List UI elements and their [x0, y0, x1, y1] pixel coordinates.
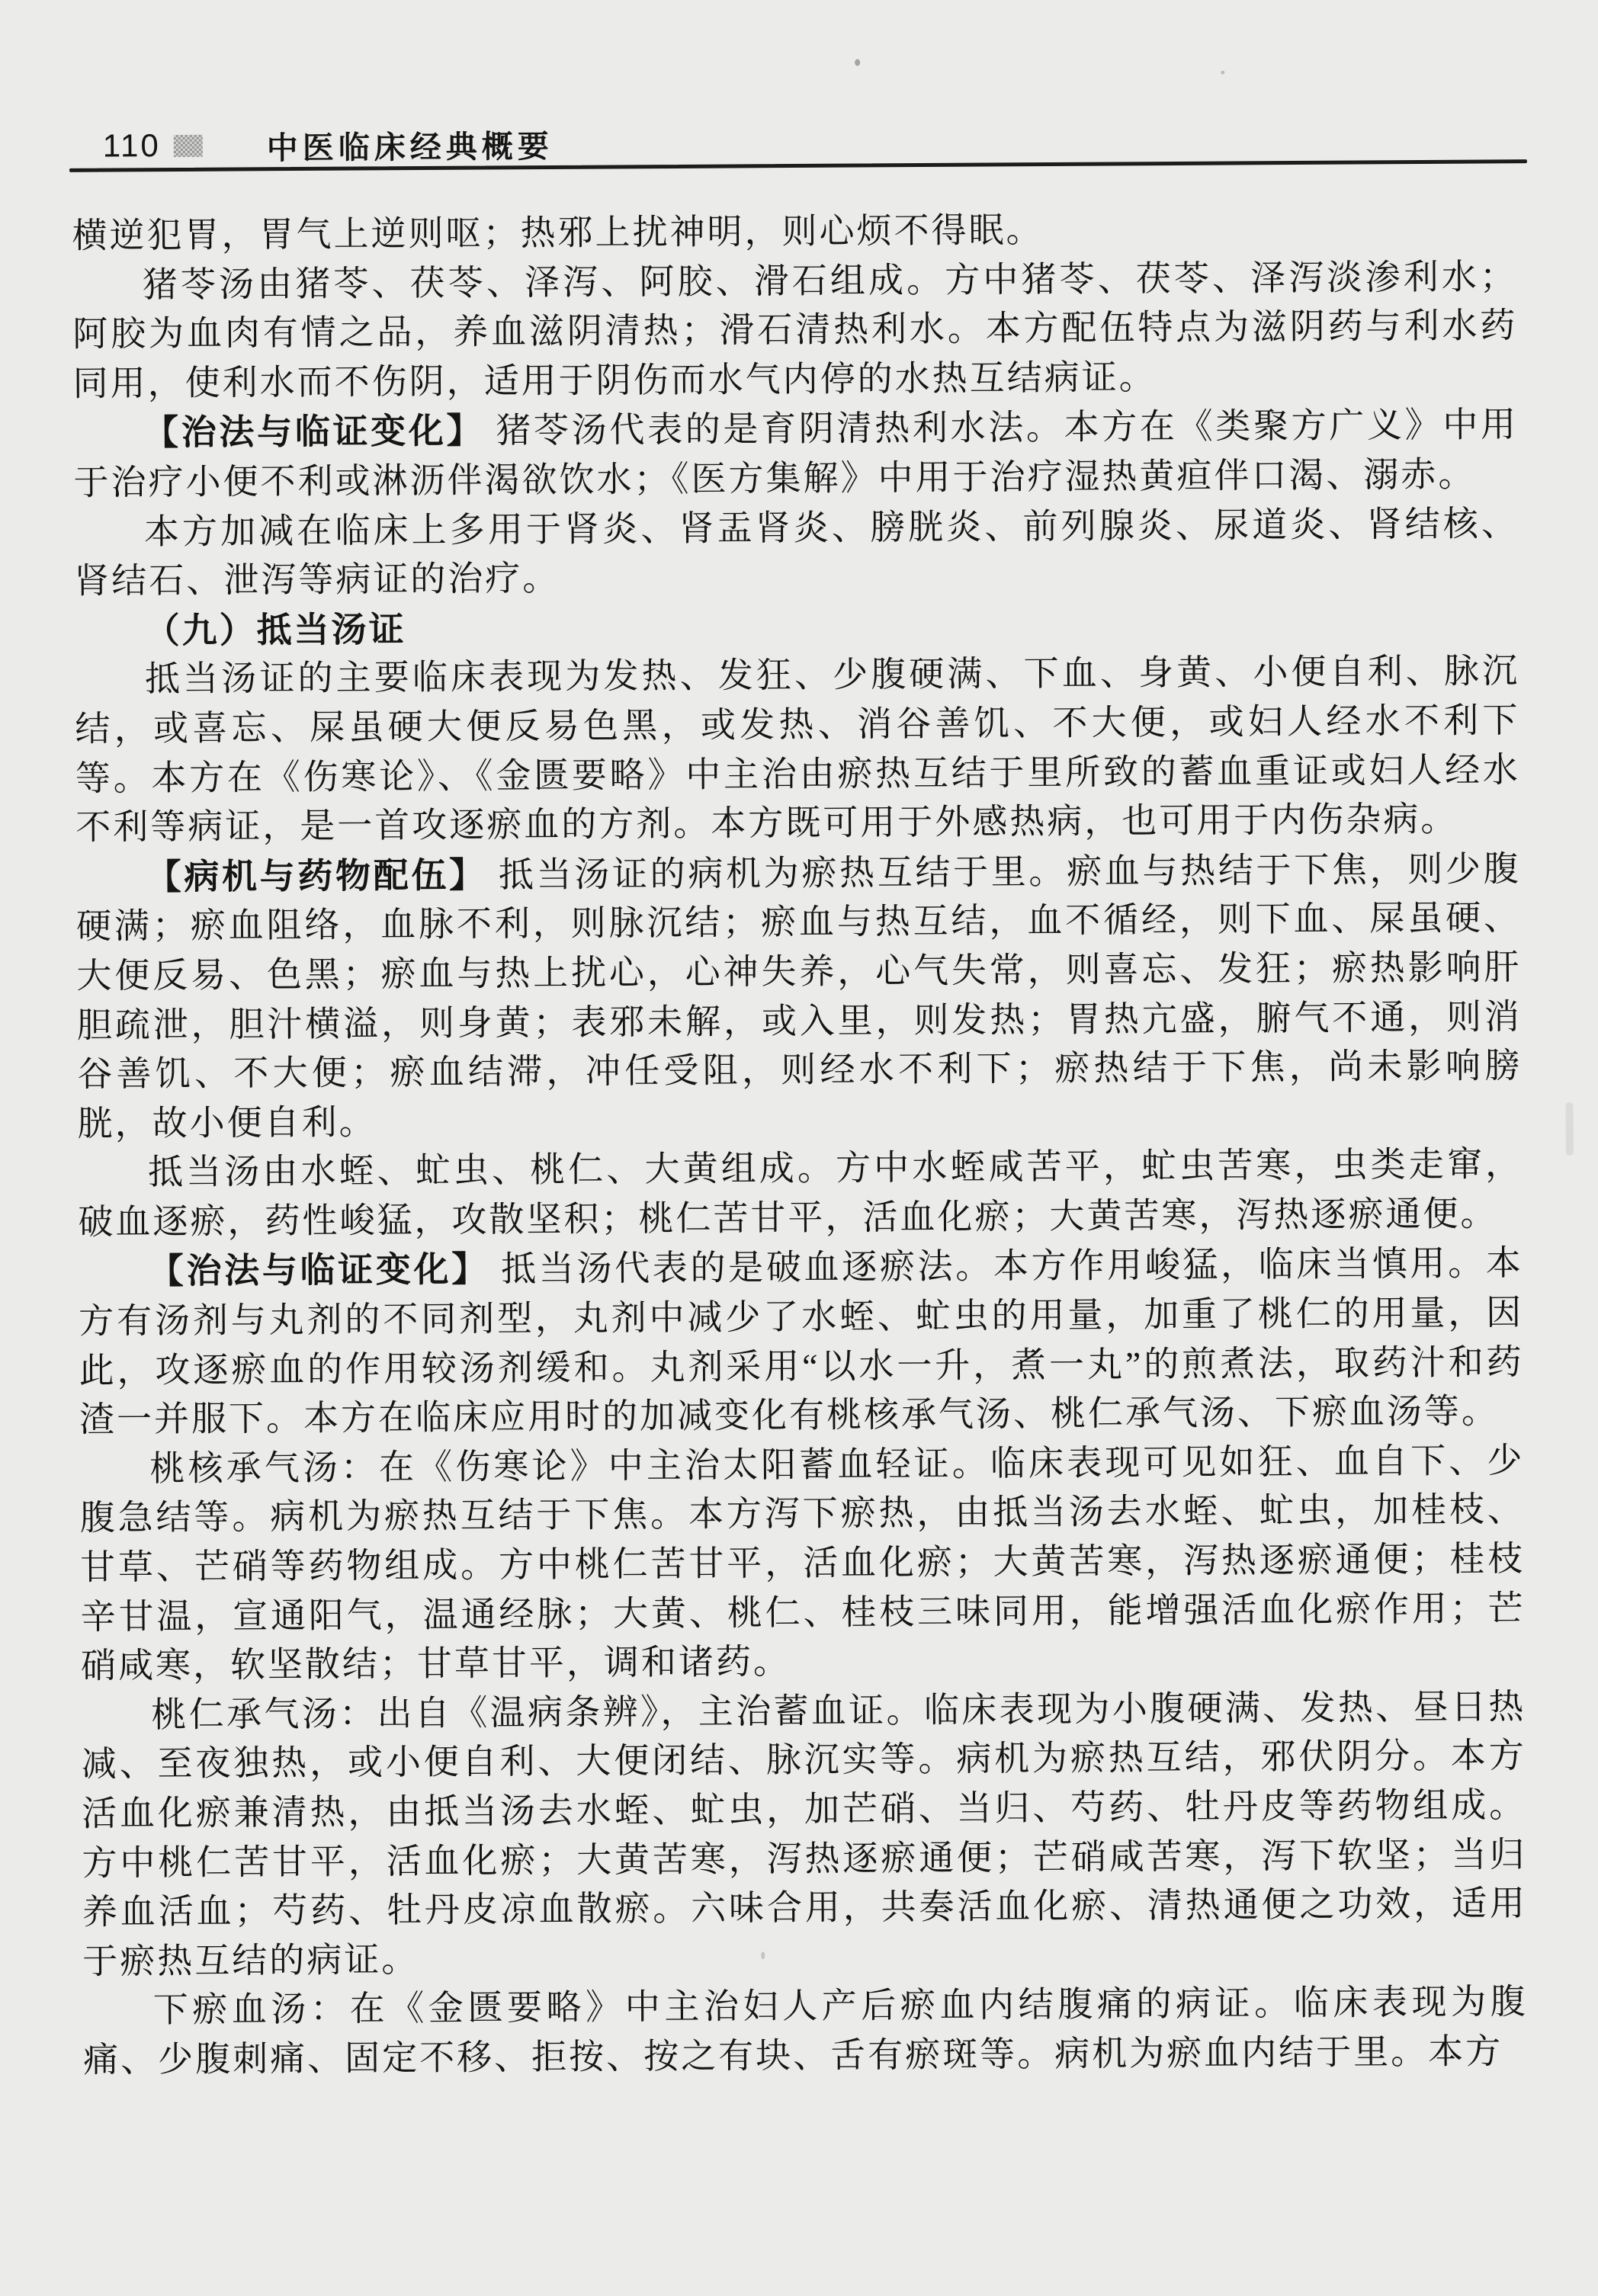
body-paragraph: 桃仁承气汤：出自《温病条辨》，主治蓄血证。临床表现为小腹硬满、发热、昼日热减、至…: [81, 1682, 1527, 1987]
scan-speck: [761, 1951, 765, 1959]
body-paragraph: 下瘀血汤：在《金匮要略》中主治妇人产后瘀血内结腹痛的病证。临床表现为腹痛、少腹刺…: [83, 1978, 1529, 2086]
bracket-label: 【病机与药物配伍】: [146, 855, 486, 896]
page-body: 横逆犯胃，胃气上逆则呕；热邪上扰神明，则心烦不得眠。猪苓汤由猪苓、茯苓、泽泻、阿…: [72, 203, 1528, 2085]
body-paragraph: 【治法与临证变化】 抵当汤代表的是破血逐瘀法。本方作用峻猛，临床当慎用。本方有汤…: [79, 1239, 1525, 1445]
body-paragraph: 猪苓汤由猪苓、茯苓、泽泻、阿胶、滑石组成。方中猪苓、茯苓、泽泻淡渗利水；阿胶为血…: [72, 252, 1518, 409]
bracket-label: 【治法与临证变化】: [143, 411, 484, 453]
body-paragraph: 抵当汤由水蛭、虻虫、桃仁、大黄组成。方中水蛭咸苦平，虻虫苦寒，虫类走窜，破血逐瘀…: [78, 1140, 1523, 1247]
halftone-square-icon: [174, 134, 203, 156]
scan-speck: [855, 59, 860, 66]
scanned-book-page: 110 中医临床经典概要 横逆犯胃，胃气上逆则呕；热邪上扰神明，则心烦不得眠。猪…: [0, 0, 1598, 2296]
body-paragraph: 【病机与药物配伍】 抵当汤证的病机为瘀热互结于里。瘀血与热结于下焦，则少腹硬满；…: [75, 844, 1522, 1149]
page-header: 110 中医临床经典概要: [103, 117, 1529, 165]
body-paragraph: 【治法与临证变化】 猪苓汤代表的是育阴清热利水法。本方在《类聚方广义》中用于治疗…: [73, 400, 1519, 508]
body-paragraph: 横逆犯胃，胃气上逆则呕；热邪上扰神明，则心烦不得眠。: [72, 203, 1516, 261]
body-paragraph: 抵当汤证的主要临床表现为发热、发狂、少腹硬满、下血、身黄、小便自利、脉沉结，或喜…: [75, 647, 1521, 853]
scan-edge-smudge: [1565, 1102, 1573, 1156]
page-number: 110: [103, 127, 161, 164]
body-paragraph: 本方加减在临床上多用于肾炎、肾盂肾炎、膀胱炎、前列腺炎、尿道炎、肾结核、肾结石、…: [74, 499, 1519, 607]
bracket-label: 【治法与临证变化】: [149, 1249, 489, 1291]
scan-speck: [1221, 71, 1224, 75]
book-title: 中医临床经典概要: [267, 120, 554, 167]
body-paragraph: 桃核承气汤：在《伤寒论》中主治太阳蓄血轻证。临床表现可见如狂、血自下、少腹急结等…: [79, 1436, 1526, 1692]
section-heading: （九）抵当汤证: [74, 598, 1519, 656]
